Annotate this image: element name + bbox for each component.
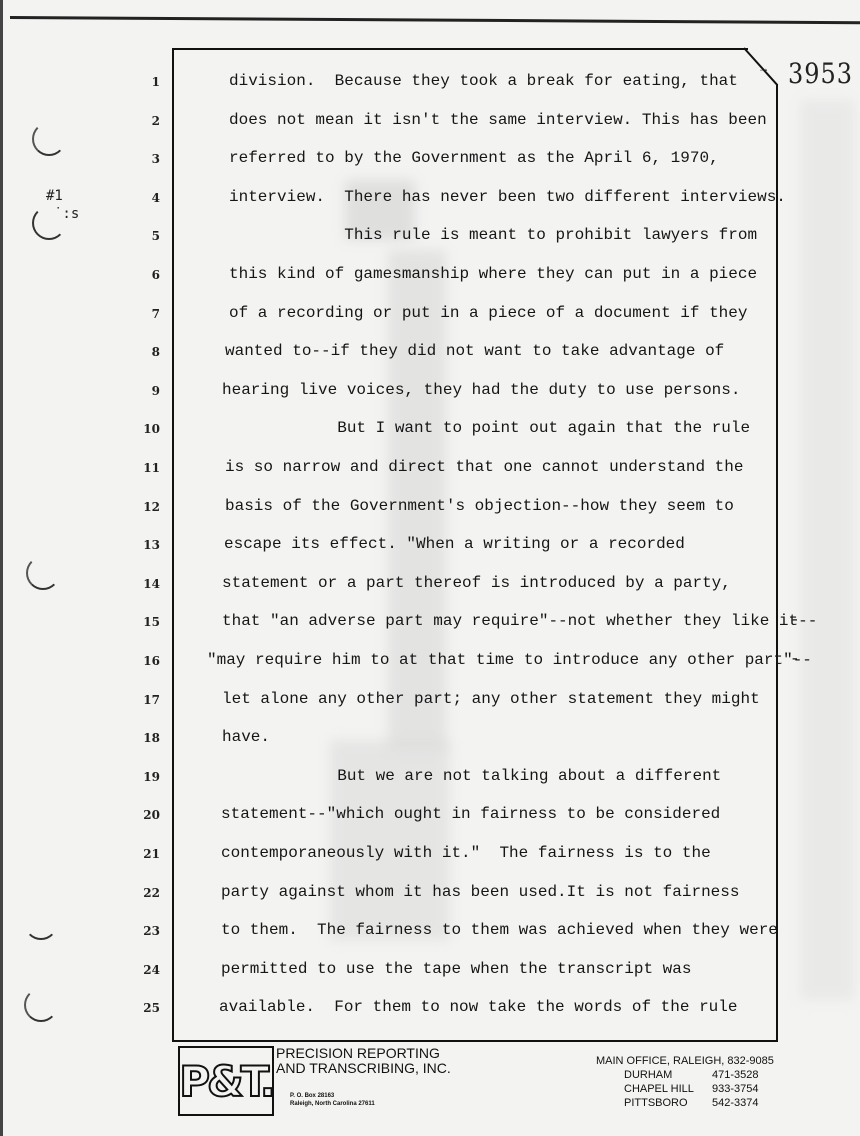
company-name-line1: PRECISION REPORTING (276, 1046, 451, 1061)
transcript-frame-top (172, 48, 748, 50)
transcript-line: available. For them to now take the word… (219, 998, 737, 1016)
transcript-line: "may require him to at that time to intr… (207, 651, 812, 669)
transcript-line: division. Because they took a break for … (229, 72, 738, 90)
address-line2: Raleigh, North Carolina 27611 (290, 1100, 375, 1108)
line-number: 6 (130, 268, 160, 282)
line-number: 4 (130, 191, 160, 205)
office-row: PITTSBORO 542-3374 (596, 1096, 774, 1110)
top-rule (10, 16, 860, 24)
line-number: 7 (130, 307, 160, 321)
page-number: 3953 (788, 58, 853, 90)
binder-hole (24, 906, 58, 940)
transcript-line: interview. There has never been two diff… (229, 188, 786, 206)
line-number: 5 (130, 229, 160, 243)
line-number: 14 (130, 577, 160, 591)
line-number: 3 (130, 152, 160, 166)
transcript-line: does not mean it isn't the same intervie… (229, 111, 767, 129)
line-number: 12 (130, 500, 160, 514)
binder-hole (24, 988, 58, 1022)
transcript-line: of a recording or put in a piece of a do… (229, 304, 747, 322)
office-name: DURHAM (624, 1068, 712, 1082)
line-number: 13 (130, 538, 160, 552)
transcript-frame-bottom (172, 1040, 778, 1042)
office-name: CHAPEL HILL (624, 1082, 712, 1096)
line-number: 20 (130, 808, 160, 822)
transcript-frame-right (776, 84, 778, 1042)
transcript-line: is so narrow and direct that one cannot … (225, 458, 743, 476)
transcript-line: to them. The fairness to them was achiev… (221, 921, 778, 939)
transcript-line: But I want to point out again that the r… (222, 419, 750, 437)
transcript-line: referred to by the Government as the Apr… (229, 149, 719, 167)
transcript-line: statement--"which ought in fairness to b… (221, 805, 720, 823)
office-row: DURHAM 471-3528 (596, 1068, 774, 1082)
line-number: 18 (130, 731, 160, 745)
line-number: 21 (130, 847, 160, 861)
company-name: PRECISION REPORTING AND TRANSCRIBING, IN… (276, 1046, 451, 1076)
transcript-line: This rule is meant to prohibit lawyers f… (229, 226, 757, 244)
transcript-line: escape its effect. "When a writing or a … (224, 535, 685, 553)
line-number: 24 (130, 963, 160, 977)
line-number: 25 (130, 1001, 160, 1015)
company-logo: P&T. (178, 1046, 274, 1116)
transcript-line: statement or a part thereof is introduce… (222, 574, 731, 592)
transcript-line: party against whom it has been used.It i… (221, 883, 739, 901)
line-number: 10 (130, 422, 160, 436)
transcript-line: basis of the Government's objection--how… (225, 497, 734, 515)
line-number: 15 (130, 615, 160, 629)
address-line1: P. O. Box 28163 (290, 1092, 375, 1100)
margin-note-label: #1 (46, 188, 63, 204)
office-phone: 542-3374 (712, 1096, 759, 1110)
line-number: 19 (130, 770, 160, 784)
line-number: 9 (130, 384, 160, 398)
binder-hole (32, 122, 66, 156)
transcript-line: wanted to--if they did not want to take … (225, 342, 724, 360)
arrow-mark: → (760, 62, 767, 76)
margin-dash: - (790, 650, 800, 668)
line-number: 22 (130, 886, 160, 900)
line-number: 16 (130, 654, 160, 668)
transcript-line: permitted to use the tape when the trans… (221, 960, 691, 978)
office-row: CHAPEL HILL 933-3754 (596, 1082, 774, 1096)
margin-dash: - (790, 611, 800, 629)
transcript-line: have. (222, 728, 270, 746)
transcript-line: this kind of gamesmanship where they can… (229, 265, 757, 283)
office-list: MAIN OFFICE, RALEIGH, 832-9085 DURHAM 47… (596, 1054, 774, 1110)
transcript-line: hearing live voices, they had the duty t… (222, 381, 740, 399)
binder-hole (26, 556, 60, 590)
line-number: 8 (130, 345, 160, 359)
company-name-line2: AND TRANSCRIBING, INC. (276, 1061, 451, 1076)
transcript-line: let alone any other part; any other stat… (222, 690, 760, 708)
office-phone: 933-3754 (712, 1082, 759, 1096)
office-name: PITTSBORO (624, 1096, 712, 1110)
scan-smudge (800, 100, 855, 1000)
transcript-line: contemporaneously with it." The fairness… (221, 844, 711, 862)
company-address: P. O. Box 28163 Raleigh, North Carolina … (290, 1092, 375, 1108)
line-number: 2 (130, 114, 160, 128)
line-number: 23 (130, 924, 160, 938)
main-office: MAIN OFFICE, RALEIGH, 832-9085 (596, 1054, 774, 1068)
transcript-line: But we are not talking about a different (222, 767, 721, 785)
transcript-line: that "an adverse part may require"--not … (222, 612, 817, 630)
transcript-frame (172, 48, 174, 1042)
line-number: 1 (130, 75, 160, 89)
margin-note-sub: ˙:s (54, 206, 79, 222)
line-number: 11 (130, 461, 160, 475)
office-phone: 471-3528 (712, 1068, 759, 1082)
line-number: 17 (130, 693, 160, 707)
page-edge (0, 0, 3, 1136)
